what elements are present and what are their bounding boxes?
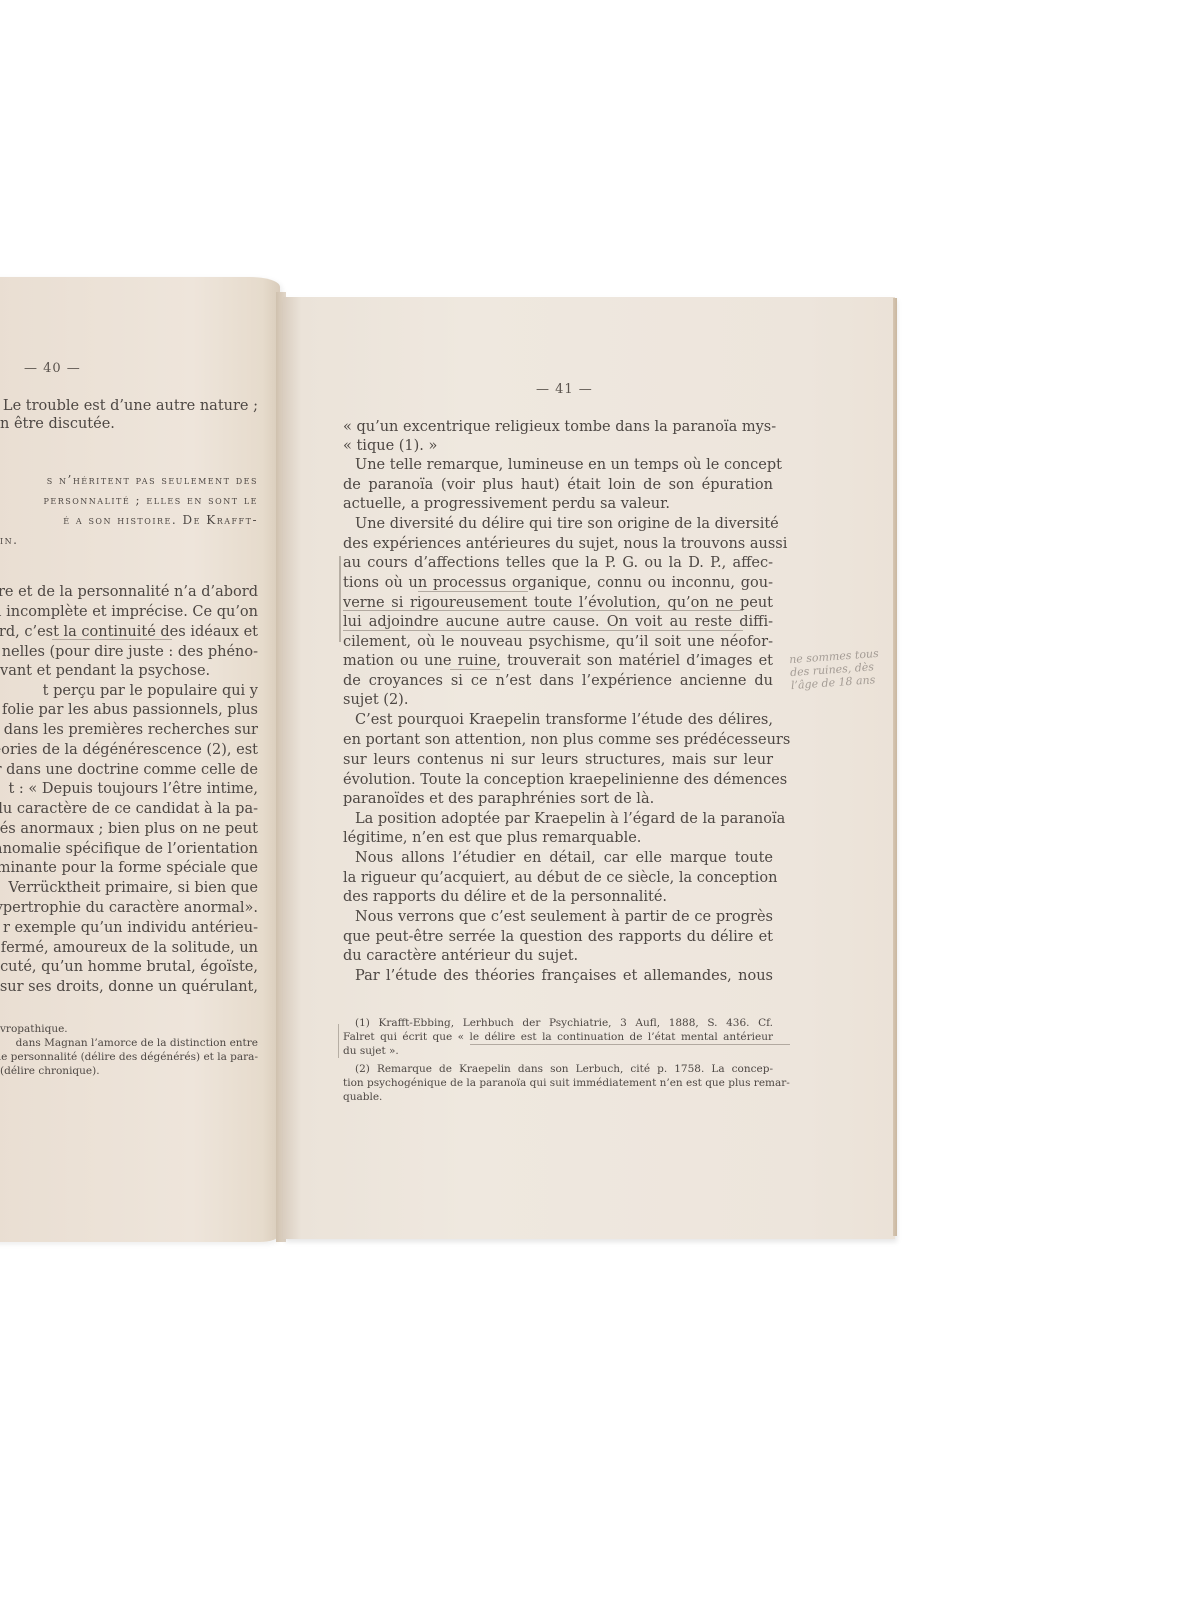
text-line: des expériences antérieures du sujet, no… <box>343 534 773 554</box>
text-line: en portant son attention, non plus comme… <box>343 730 773 750</box>
pencil-margin-bar <box>339 556 341 642</box>
smallcaps-line: in. <box>0 530 18 550</box>
text-line: vant et pendant la psychose. <box>0 661 210 681</box>
text-line: légitime, n’en est que plus remarquable. <box>343 828 773 848</box>
text-line: sur leurs contenus ni sur leurs structur… <box>343 750 773 770</box>
footnote-line: tion psychogénique de la paranoïa qui su… <box>343 1076 773 1090</box>
text-line: que peut-être serrée la question des rap… <box>343 927 773 947</box>
text-line: Une diversité du délire qui tire son ori… <box>355 514 773 534</box>
text-line: u dans les premières recherches sur <box>0 720 258 740</box>
text-line: Verrücktheit primaire, si bien que <box>8 878 258 898</box>
text-line: Nous verrons que c’est seulement à parti… <box>355 907 773 927</box>
text-line: paranoïdes et des paraphrénies sort de l… <box>343 789 773 809</box>
footnote-line: dans Magnan l’amorce de la distinction e… <box>16 1036 258 1050</box>
text-line: mation ou une ruine, trouverait son maté… <box>343 651 773 671</box>
handwritten-annotation: ne sommes tous des ruines, dès l’âge de … <box>789 647 882 692</box>
text-line: héories de la dégénérescence (2), est <box>0 740 258 760</box>
text-line: du caractère antérieur du sujet. <box>343 946 773 966</box>
pencil-margin-bar <box>338 1024 339 1058</box>
text-line: de paranoïa (voir plus haut) était loin … <box>343 475 773 495</box>
text-line: n incomplète et imprécise. Ce qu’on <box>0 602 258 622</box>
right-page-number: — 41 — <box>536 382 593 397</box>
footnote-line: (2) Remarque de Kraepelin dans son Lerbu… <box>355 1062 773 1076</box>
footnote-line: (délire chronique). <box>0 1064 100 1078</box>
text-line: r exemple qu’un individu antérieu- <box>3 918 258 938</box>
text-line: de croyances si ce n’est dans l’expérien… <box>343 671 773 691</box>
text-line: t l’anomalie spécifique de l’orientation <box>0 839 258 859</box>
text-line: re du caractère de ce candidat à la pa- <box>0 799 258 819</box>
text-line: « qu’un excentrique religieux tombe dans… <box>343 417 773 437</box>
smallcaps-line: s n’héritent pas seulement des <box>47 470 258 490</box>
pencil-underline <box>450 669 500 670</box>
footnote-line: vropathique. <box>0 1022 68 1036</box>
text-line: és anormaux ; bien plus on ne peut <box>0 819 258 839</box>
text-line: folie par les abus passionnels, plus <box>2 700 258 720</box>
text-line: tions où un processus organique, connu o… <box>343 573 773 593</box>
text-line: sujet (2). <box>343 690 773 710</box>
text-line: évolution. Toute la conception kraepelin… <box>343 770 773 790</box>
footnote-line: quable. <box>343 1090 773 1104</box>
left-page-text: . Le trouble est d’une autre nature ; n … <box>0 0 258 1100</box>
text-line: cilement, où le nouveau psychisme, qu’il… <box>343 632 773 652</box>
footnote-line: Falret qui écrit que « le délire est la … <box>343 1030 773 1044</box>
pencil-underline <box>343 610 743 611</box>
footnote-line: (1) Krafft-Ebbing, Lerhbuch der Psychiat… <box>355 1016 773 1030</box>
pencil-underline <box>470 1044 790 1045</box>
text-line: la rigueur qu’acquiert, au début de ce s… <box>343 868 773 888</box>
smallcaps-line: personnalité ; elles en sont le <box>44 490 258 510</box>
text-line: au cours d’affections telles que la P. G… <box>343 553 773 573</box>
text-line: rminante pour la forme spéciale que <box>0 858 258 878</box>
text-line: « tique (1). » <box>343 436 773 456</box>
text-line: Par l’étude des théories françaises et a… <box>355 966 773 986</box>
footnote-line: du sujet ». <box>343 1044 773 1058</box>
text-line: élire et de la personnalité n’a d’abord <box>0 582 258 602</box>
text-line: nelles (pour dire juste : des phéno- <box>2 642 258 662</box>
smallcaps-line: é a son histoire. De Krafft- <box>63 510 258 530</box>
pencil-underline <box>343 630 743 631</box>
text-line: t perçu par le populaire qui y <box>43 681 258 701</box>
text-line: cuté, qu’un homme brutal, égoïste, <box>0 957 258 977</box>
text-line: . Le trouble est d’une autre nature ; <box>0 396 258 416</box>
text-line: sur ses droits, donne un quérulant, <box>0 977 258 997</box>
text-line: t : « Depuis toujours l’être intime, <box>8 779 258 799</box>
pencil-underline <box>418 591 528 592</box>
text-line: n être discutée. <box>0 414 115 434</box>
text-line: lui adjoindre aucune autre cause. On voi… <box>343 612 773 632</box>
footnote-line: une personnalité (délire des dégénérés) … <box>0 1050 258 1064</box>
pencil-underline <box>52 639 172 640</box>
text-line: r dans une doctrine comme celle de <box>0 760 258 780</box>
text-line: C’est pourquoi Kraepelin transforme l’ét… <box>355 710 773 730</box>
page-stack-edge <box>893 298 897 1236</box>
text-line: La position adoptée par Kraepelin à l’ég… <box>355 809 773 829</box>
text-line: Une telle remarque, lumineuse en un temp… <box>355 455 773 475</box>
text-line: Nous allons l’étudier en détail, car ell… <box>355 848 773 868</box>
text-line: fermé, amoureux de la solitude, un <box>1 938 258 958</box>
text-line: des rapports du délire et de la personna… <box>343 887 773 907</box>
text-line: «hypertrophie du caractère anormal». <box>0 898 258 918</box>
text-line: actuelle, a progressivement perdu sa val… <box>343 494 773 514</box>
